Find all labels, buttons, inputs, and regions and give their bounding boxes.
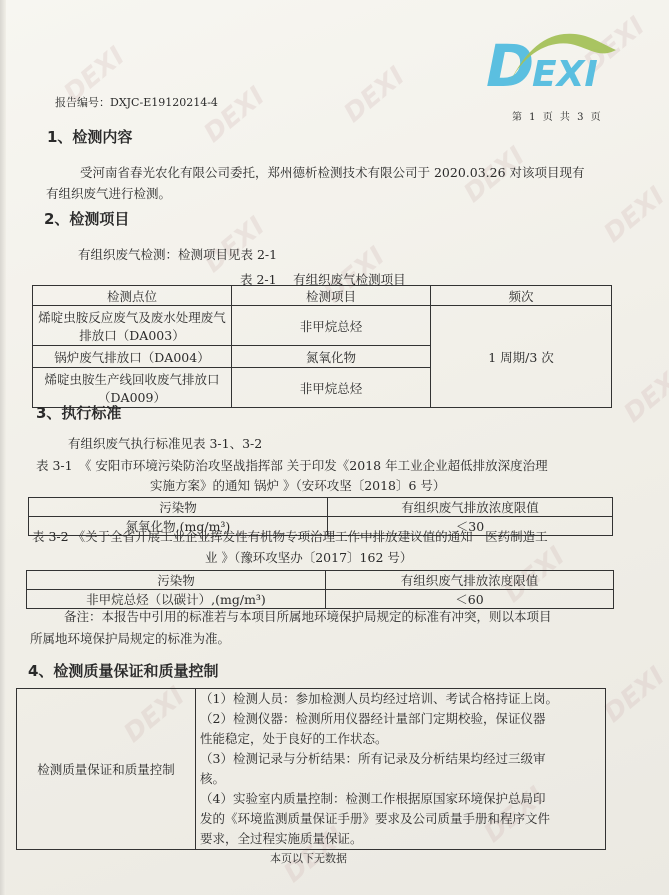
table-3-2-caption-line2: 业 》（豫环攻坚办〔2017〕162 号）	[205, 547, 412, 569]
qc-item-3-line2: 核。	[200, 769, 601, 789]
section-1-title: 1、检测内容	[47, 126, 132, 147]
watermark-logo: DEXI	[338, 61, 410, 128]
table-header-cell: 频次	[431, 286, 612, 306]
svg-text:D: D	[486, 32, 534, 98]
table-2-1: 检测点位 检测项目 频次 烯啶虫胺反应废气及废水处理废气排放口（DA003） 非…	[32, 285, 612, 408]
page-edge-shadow	[0, 0, 6, 895]
qc-item-3-line1: （3）检测记录与分析结果：所有记录及分析结果均经过三级审	[200, 749, 601, 769]
table-header-cell: 污染物	[29, 498, 328, 517]
table-header-cell: 检测点位	[33, 286, 232, 306]
qc-item-4-line1: （4）实验室内质量控制：检测工作根据原国家环境保护总局印	[200, 789, 601, 809]
note-line2: 所属地环境保护局规定的标准为准。	[30, 628, 230, 650]
quality-control-items: （1）检测人员：参加检测人员均经过培训、考试合格持证上岗。 （2）检测仪器：检测…	[196, 689, 606, 850]
table-header-cell: 污染物	[27, 571, 326, 590]
table-3-1-caption-line2: 实施方案》的通知 锅炉 》（安环攻坚〔2018〕6 号）	[150, 475, 445, 497]
svg-text:EXI: EXI	[532, 54, 598, 95]
table-cell-item: 非甲烷总烃	[232, 306, 431, 346]
table-header-cell: 有组织废气排放浓度限值	[328, 498, 613, 517]
section-3-title: 3、执行标准	[36, 402, 121, 423]
section-4-title: 4、检测质量保证和质量控制	[28, 660, 218, 681]
qc-item-4-line3: 要求，全过程实施质量保证。	[200, 829, 601, 849]
watermark-logo: DEXI	[598, 661, 669, 728]
watermark-logo: DEXI	[598, 181, 669, 248]
table-header-cell: 有组织废气排放浓度限值	[326, 571, 614, 590]
dexi-logo: D EXI	[486, 28, 626, 98]
table-cell-item: 氮氧化物	[232, 346, 431, 368]
table-row: 烯啶虫胺反应废气及废水处理废气排放口（DA003） 非甲烷总烃 1 周期/3 次	[33, 306, 612, 346]
quality-control-table: 检测质量保证和质量控制 （1）检测人员：参加检测人员均经过培训、考试合格持证上岗…	[16, 688, 606, 850]
table-3-2: 污染物 有组织废气排放浓度限值 非甲烷总烃（以碳计）,(mg/m³) ＜60	[26, 570, 614, 609]
note-line1: 备注：本报告中引用的标准若与本项目所属地环境保护局规定的标准有冲突，则以本项目	[64, 606, 552, 628]
end-of-page-note: 本页以下无数据	[270, 850, 347, 866]
table-3-1-caption-line1: 表 3-1 《 安阳市环境污染防治攻坚战指挥部 关于印发《2018 年工业企业超…	[36, 455, 548, 477]
table-header-cell: 检测项目	[232, 286, 431, 306]
document-page: DEXI DEXI DEXI DEXI DEXI DEXI DEXI DEXI …	[0, 0, 669, 895]
section-1-paragraph-line1: 受河南省春光农化有限公司委托，郑州德析检测技术有限公司于 2020.03.26 …	[80, 162, 585, 184]
qc-item-2-line2: 性能稳定，处于良好的工作状态。	[200, 729, 601, 749]
table-3-2-caption-line1: 表 3-2 《关于全省开展工业企业挥发性有机物专项治理工作中排放建议值的通知 医…	[32, 526, 548, 548]
section-3-intro: 有组织废气执行标准见表 3-1、3-2	[68, 433, 262, 455]
page-indicator: 第 1 页 共 3 页	[512, 108, 603, 123]
section-2-title: 2、检测项目	[44, 208, 129, 229]
watermark-logo: DEXI	[618, 361, 669, 428]
qc-item-2-line1: （2）检测仪器：检测所用仪器经计量部门定期校验，保证仪器	[200, 709, 601, 729]
section-2-intro: 有组织废气检测：检测项目见表 2-1	[78, 244, 277, 266]
quality-control-label: 检测质量保证和质量控制	[17, 689, 196, 850]
watermark-logo: DEXI	[198, 81, 270, 148]
table-cell-frequency: 1 周期/3 次	[431, 306, 612, 408]
table-cell-point: 锅炉废气排放口（DA004）	[33, 346, 232, 368]
section-1-paragraph-line2: 有组织废气进行检测。	[46, 183, 171, 205]
table-cell-point: 烯啶虫胺反应废气及废水处理废气排放口（DA003）	[33, 306, 232, 346]
table-cell-item: 非甲烷总烃	[232, 368, 431, 408]
qc-item-1: （1）检测人员：参加检测人员均经过培训、考试合格持证上岗。	[200, 689, 601, 709]
qc-item-4-line2: 发的《环境监测质量保证手册》要求及公司质量手册和程序文件	[200, 809, 601, 829]
report-number: 报告编号：DXJC-E19120214-4	[55, 94, 218, 110]
